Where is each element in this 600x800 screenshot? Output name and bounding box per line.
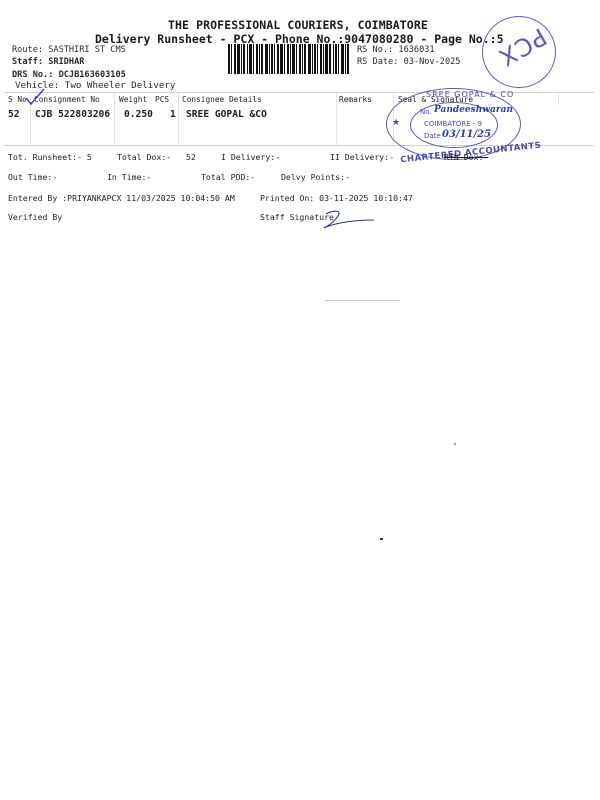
seal-star-icon: ★ (392, 118, 400, 128)
cell-sno: 52 (8, 109, 20, 120)
table-divider (114, 93, 115, 145)
i-delivery: I Delivery:- (221, 152, 280, 162)
cell-consignment-no: CJB 522803206 (35, 109, 110, 120)
pcx-stamp-text: PCX (493, 22, 551, 72)
table-divider (336, 93, 337, 145)
seal-top-text: SREE GOPAL & CO (426, 90, 514, 99)
seal-date-label: Date (424, 132, 441, 140)
route-label: Route: SASTHIRI ST CMS (12, 45, 126, 55)
staff-label: Staff: SRIDHAR (12, 57, 84, 67)
rtn-dox: RTN Dox:- (444, 152, 488, 162)
ii-delivery: II Delivery:- (330, 152, 394, 162)
delvy-points: Delvy Points:- (281, 172, 350, 182)
scan-mark (325, 300, 400, 301)
rs-date: RS Date: 03-Nov-2025 (357, 57, 460, 67)
verified-by: Verified By (8, 212, 62, 222)
table-divider (558, 93, 559, 105)
cell-weight: 0.250 (124, 109, 153, 120)
out-time: Out Time:- (8, 172, 57, 182)
col-header-remarks: Remarks (339, 95, 372, 104)
seal-no-value: Pandeeshwaran (434, 105, 513, 115)
rs-number: RS No.: 1636031 (357, 45, 435, 55)
checkmark-icon (24, 88, 46, 106)
cell-consignee: SREE GOPAL &CO (186, 109, 267, 120)
col-header-pcs: PCS (155, 95, 169, 104)
seal-city: COIMBATORE - 9 (424, 120, 482, 128)
scan-mark (380, 538, 383, 540)
total-dox-value: 52 (186, 152, 196, 162)
drs-number: DRS No.: DCJB163603105 (12, 70, 126, 80)
seal-no-label: No. (420, 108, 432, 116)
pcx-stamp: PCX (482, 16, 556, 88)
barcode (228, 44, 354, 74)
seal-date-value: 03/11/25 (442, 129, 491, 140)
total-pod: Total POD:- (201, 172, 255, 182)
cell-pcs: 1 (170, 109, 176, 120)
col-header-consignee: Consignee Details (182, 95, 262, 104)
signature-icon (320, 208, 380, 232)
scan-mark (454, 443, 456, 445)
printed-on: Printed On: 03-11-2025 10:10:47 (260, 193, 413, 203)
entered-by: Entered By :PRIYANKAPCX 11/03/2025 10:04… (8, 193, 235, 203)
in-time: In Time:- (107, 172, 151, 182)
table-divider (178, 93, 179, 145)
total-dox-label: Total Dox:- (117, 152, 171, 162)
seal-stamp: SREE GOPAL & CO ★ No. Pandeeshwaran COIM… (386, 88, 521, 160)
col-header-weight: Weight (119, 95, 147, 104)
tot-runsheet: Tot. Runsheet:- 5 (8, 152, 92, 162)
company-title: THE PROFESSIONAL COURIERS, COIMBATORE (168, 18, 428, 32)
